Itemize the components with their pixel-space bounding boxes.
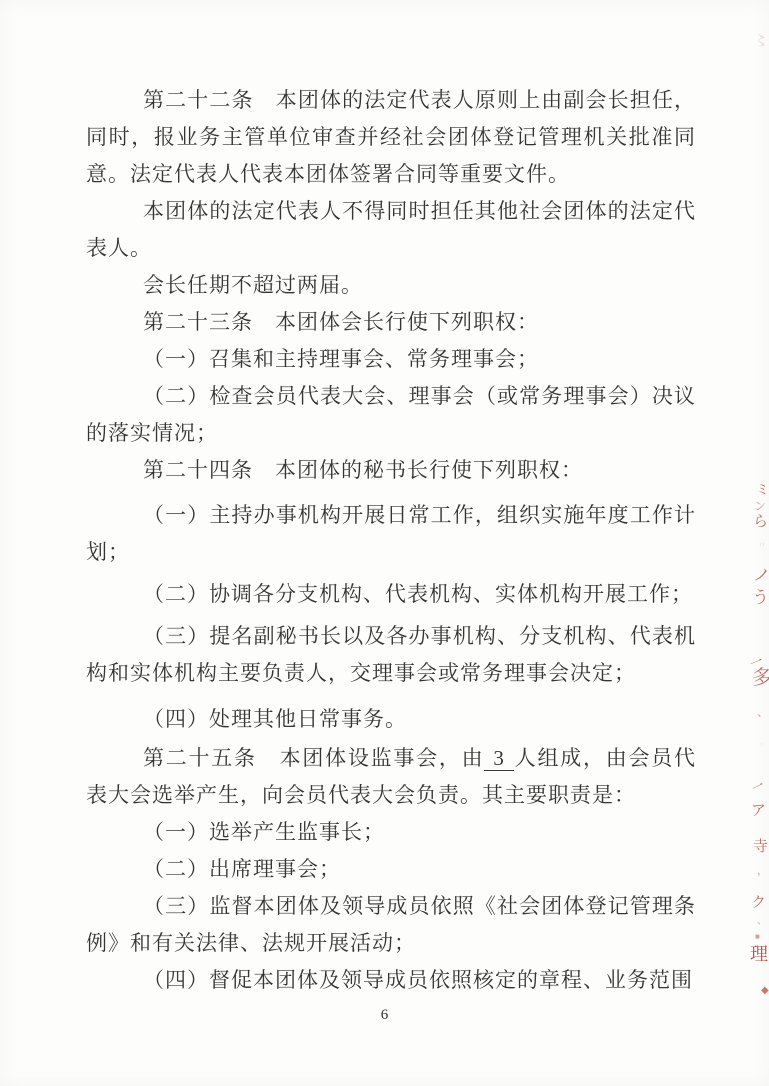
article-24-item-2: （二）协调各分支机构、代表机构、实体机构开展工作； bbox=[86, 576, 696, 613]
article-25-item-2: （二）出席理事会； bbox=[86, 851, 696, 888]
article-24-item-4: （四）处理其他日常事务。 bbox=[86, 701, 696, 738]
article-23-paragraph: 第二十三条 本团体会长行使下列职权： bbox=[86, 304, 696, 341]
red-seal-fragment: ら bbox=[753, 515, 768, 530]
article-24-item-3: （三）提名副秘书长以及各办事机构、分支机构、代表机构和实体机构主要负责人，交理事… bbox=[86, 618, 696, 692]
legal-rep-restriction-paragraph: 本团体的法定代表人不得同时担任其他社会团体的法定代表人。 bbox=[86, 193, 696, 267]
red-seal-fragment: ◆ bbox=[761, 986, 769, 996]
red-seal-fragment: ク bbox=[751, 896, 766, 911]
article-22-paragraph: 第二十二条 本团体的法定代表人原则上由副会长担任，同时，报业务主管单位审查并经社… bbox=[86, 82, 696, 193]
red-seal-fragment: 〻 bbox=[753, 34, 769, 50]
red-seal-fragment: ン bbox=[754, 500, 766, 512]
red-seal-fragment: う bbox=[752, 589, 769, 606]
red-seal-fragment: ア bbox=[751, 804, 766, 819]
red-seal-fragment: · bbox=[760, 740, 763, 749]
article-24-item-1: （一）主持办事机构开展日常工作，组织实施年度工作计划； bbox=[86, 497, 696, 571]
page-number: 6 bbox=[0, 1007, 769, 1024]
document-page: 第二十二条 本团体的法定代表人原则上由副会长担任，同时，报业务主管单位审查并经社… bbox=[0, 0, 769, 1086]
red-seal-fragment: 一 bbox=[750, 779, 766, 795]
red-seal-fragment: 、 bbox=[757, 917, 767, 927]
red-seal-fragment: 寺 bbox=[753, 840, 768, 855]
article-25-item-1: （一）选举产生监事长； bbox=[86, 814, 696, 851]
red-seal-fragment: ミ bbox=[756, 483, 769, 496]
red-seal-fragment: 理 bbox=[750, 945, 768, 963]
red-seal-fragment: 〃 bbox=[757, 542, 767, 552]
article-25-item-4: （四）督促本团体及领导成员依照核定的章程、业务范围 bbox=[86, 962, 696, 999]
red-seal-fragment: ■ bbox=[755, 933, 760, 941]
article-24-paragraph: 第二十四条 本团体的秘书长行使下列职权： bbox=[86, 452, 696, 489]
article-25-text-before-blank: 第二十五条 本团体设监事会，由 bbox=[143, 746, 484, 770]
red-seal-fragment: 一 bbox=[748, 654, 765, 671]
red-seal-fragment: 多 bbox=[752, 668, 769, 688]
article-23-item-2: （二）检查会员代表大会、理事会（或常务理事会）决议的落实情况； bbox=[86, 378, 696, 452]
red-seal-fragment: ノ bbox=[752, 566, 769, 585]
article-23-item-1: （一）召集和主持理事会、常务理事会； bbox=[86, 341, 696, 378]
article-25-paragraph: 第二十五条 本团体设监事会，由3人组成，由会员代表大会选举产生，向会员代表大会负… bbox=[86, 740, 696, 814]
document-body: 第二十二条 本团体的法定代表人原则上由副会长担任，同时，报业务主管单位审查并经社… bbox=[86, 82, 696, 999]
supervisor-count-underlined-value: 3 bbox=[484, 746, 514, 771]
chairman-term-paragraph: 会长任期不超过两届。 bbox=[86, 267, 696, 304]
red-seal-fragment: 、 bbox=[757, 706, 769, 718]
article-25-item-3: （三）监督本团体及领导成员依照《社会团体登记管理条例》和有关法律、法规开展活动； bbox=[86, 888, 696, 962]
red-seal-fragment: ， bbox=[757, 866, 768, 877]
